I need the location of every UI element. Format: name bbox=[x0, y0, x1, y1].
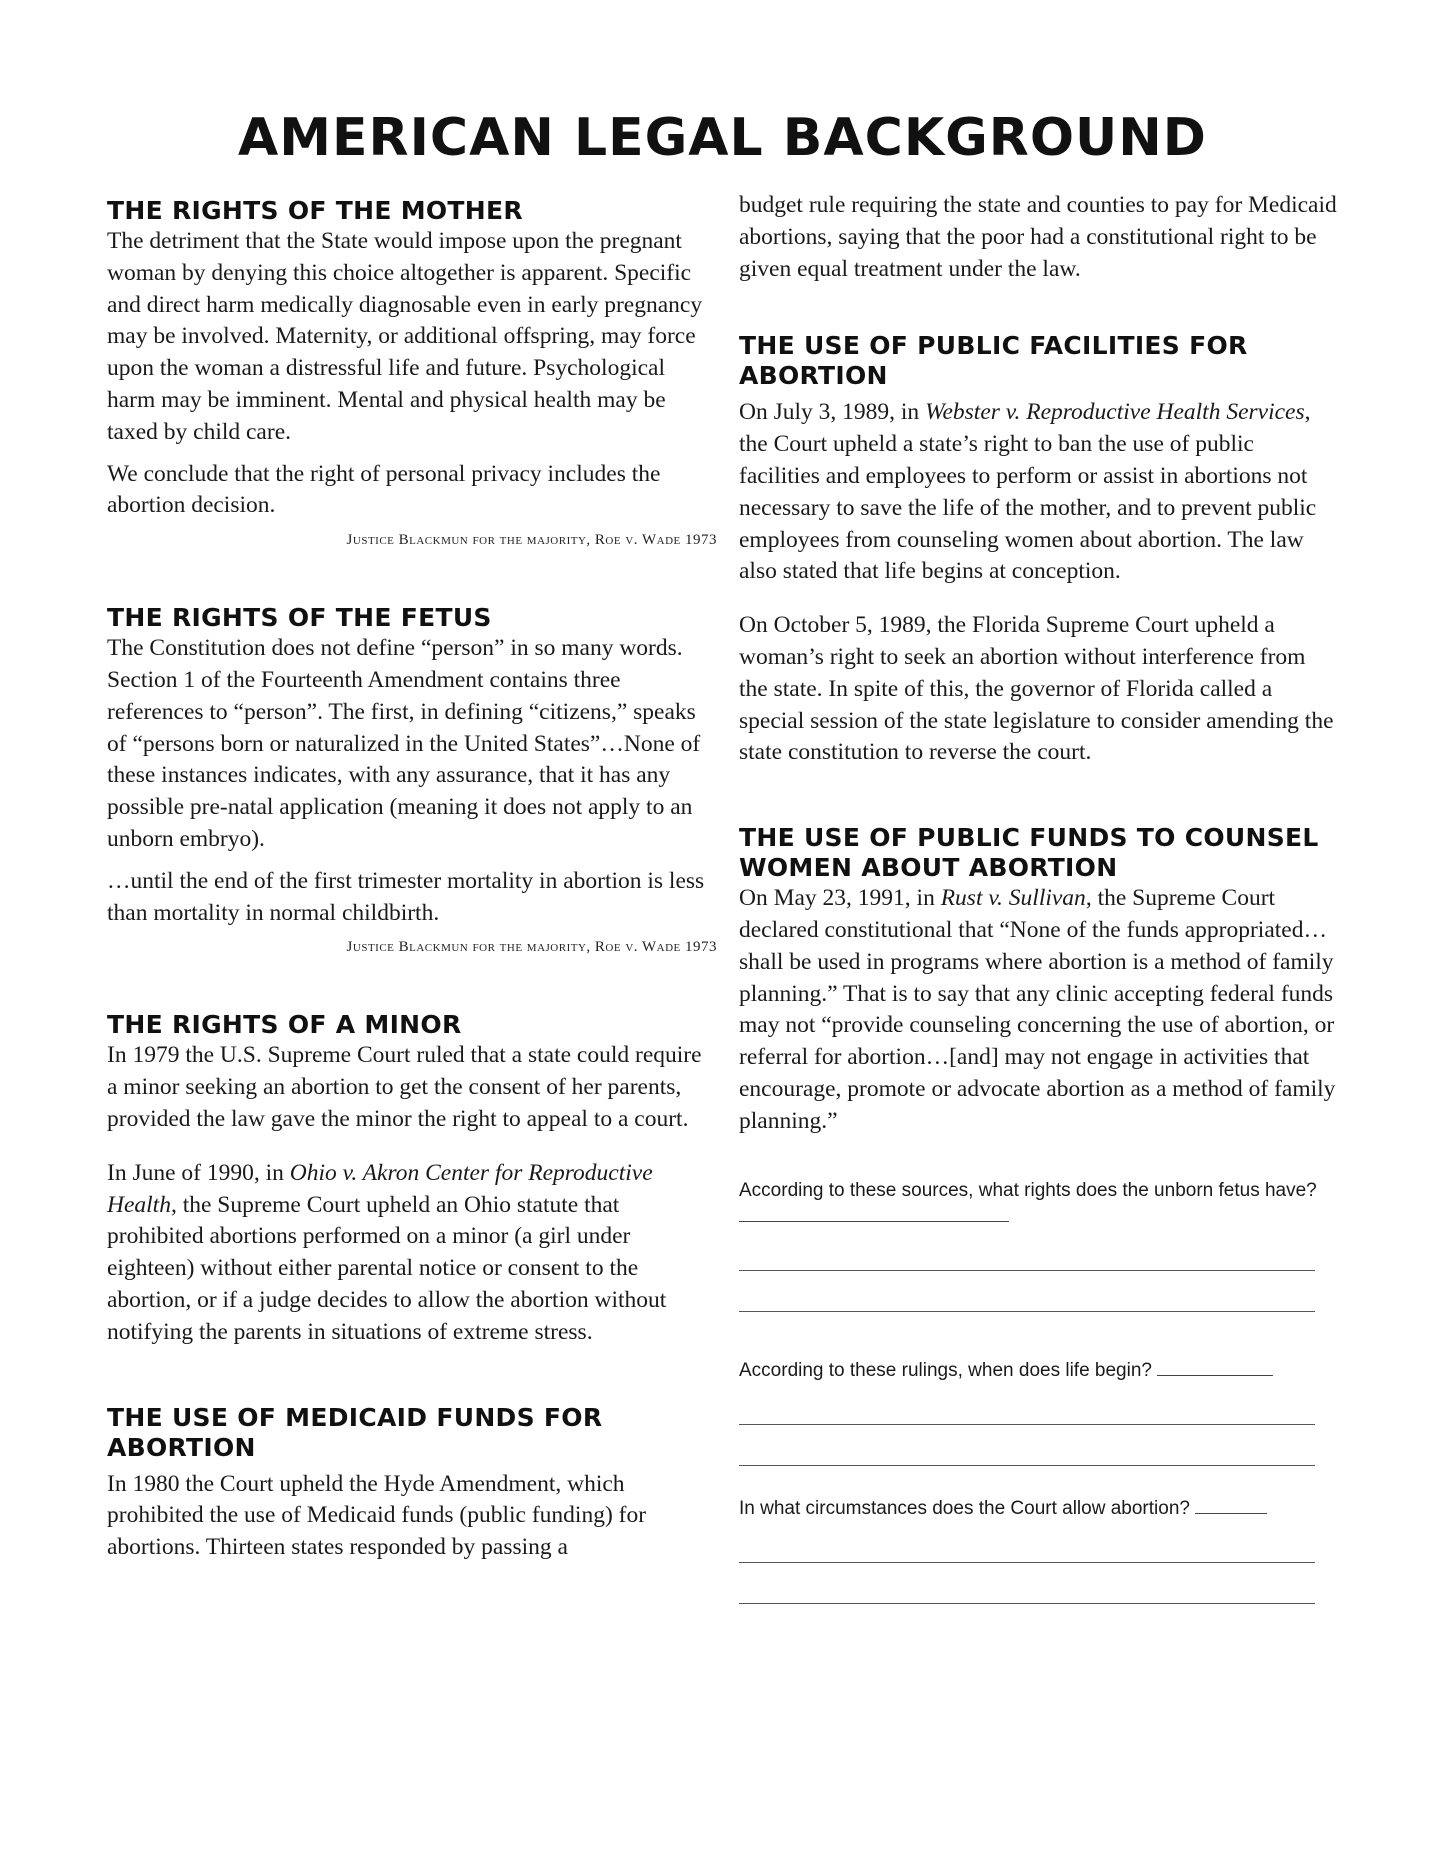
answer-line[interactable] bbox=[739, 1425, 1315, 1466]
text-run: , the Supreme Court upheld an Ohio statu… bbox=[107, 1192, 666, 1345]
section-medicaid-funds: THE USE OF MEDICAID FUNDS FOR ABORTION I… bbox=[107, 1403, 717, 1564]
question-text: According to these rulings, when does li… bbox=[739, 1358, 1339, 1384]
answer-line[interactable] bbox=[739, 1230, 1315, 1271]
section-rights-of-fetus: THE RIGHTS OF THE FETUS The Constitution… bbox=[107, 603, 717, 956]
page-title: AMERICAN LEGAL BACKGROUND bbox=[0, 108, 1445, 168]
paragraph: On May 23, 1991, in Rust v. Sullivan, th… bbox=[739, 883, 1339, 1137]
case-name: Webster v. Reproductive Health Services bbox=[925, 399, 1305, 425]
citation: Justice Blackmun for the majority, Roe v… bbox=[107, 532, 717, 549]
citation: Justice Blackmun for the majority, Roe v… bbox=[107, 939, 717, 956]
section-rights-of-minor: THE RIGHTS OF A MINOR In 1979 the U.S. S… bbox=[107, 1010, 717, 1348]
question-2: According to these rulings, when does li… bbox=[739, 1358, 1339, 1466]
paragraph: The detriment that the State would impos… bbox=[107, 226, 717, 449]
left-column: THE RIGHTS OF THE MOTHER The detriment t… bbox=[107, 196, 717, 1564]
question-label: In what circumstances does the Court all… bbox=[739, 1498, 1190, 1519]
section-heading: THE RIGHTS OF THE MOTHER bbox=[107, 196, 717, 226]
section-medicaid-continued: budget rule requiring the state and coun… bbox=[739, 190, 1339, 285]
section-heading: THE USE OF MEDICAID FUNDS FOR ABORTION bbox=[107, 1403, 717, 1463]
paragraph: In June of 1990, in Ohio v. Akron Center… bbox=[107, 1158, 717, 1349]
text-run: , the Court upheld a state’s right to ba… bbox=[739, 399, 1316, 584]
worksheet-questions: According to these sources, what rights … bbox=[739, 1178, 1339, 1604]
answer-blank[interactable] bbox=[739, 1220, 1009, 1222]
paragraph: We conclude that the right of personal p… bbox=[107, 459, 717, 523]
case-name: Rust v. Sullivan bbox=[941, 885, 1086, 911]
section-heading: THE USE OF PUBLIC FACILITIES FOR ABORTIO… bbox=[739, 331, 1339, 391]
paragraph: On July 3, 1989, in Webster v. Reproduct… bbox=[739, 397, 1339, 588]
paragraph: In 1979 the U.S. Supreme Court ruled tha… bbox=[107, 1040, 717, 1135]
question-text: According to these sources, what rights … bbox=[739, 1178, 1319, 1230]
question-1: According to these sources, what rights … bbox=[739, 1178, 1339, 1312]
section-public-facilities: THE USE OF PUBLIC FACILITIES FOR ABORTIO… bbox=[739, 331, 1339, 769]
section-public-funds-counsel: THE USE OF PUBLIC FUNDS TO COUNSEL WOMEN… bbox=[739, 823, 1339, 1137]
answer-line[interactable] bbox=[739, 1522, 1315, 1563]
question-label: According to these rulings, when does li… bbox=[739, 1360, 1152, 1381]
text-run: , the Supreme Court declared constitutio… bbox=[739, 885, 1335, 1134]
text-run: In June of 1990, in bbox=[107, 1160, 290, 1186]
question-text: In what circumstances does the Court all… bbox=[739, 1496, 1339, 1522]
answer-line[interactable] bbox=[739, 1271, 1315, 1312]
right-column: budget rule requiring the state and coun… bbox=[739, 196, 1339, 1604]
section-rights-of-mother: THE RIGHTS OF THE MOTHER The detriment t… bbox=[107, 196, 717, 549]
paragraph: On October 5, 1989, the Florida Supreme … bbox=[739, 610, 1339, 769]
answer-line[interactable] bbox=[739, 1384, 1315, 1425]
answer-blank[interactable] bbox=[1157, 1374, 1273, 1376]
paragraph: The Constitution does not define “person… bbox=[107, 633, 717, 856]
question-label: According to these sources, what rights … bbox=[739, 1180, 1317, 1201]
answer-line[interactable] bbox=[739, 1563, 1315, 1604]
paragraph: budget rule requiring the state and coun… bbox=[739, 190, 1339, 285]
section-heading: THE RIGHTS OF A MINOR bbox=[107, 1010, 717, 1040]
section-heading: THE USE OF PUBLIC FUNDS TO COUNSEL WOMEN… bbox=[739, 823, 1339, 883]
text-run: On May 23, 1991, in bbox=[739, 885, 941, 911]
question-3: In what circumstances does the Court all… bbox=[739, 1496, 1339, 1604]
paragraph: In 1980 the Court upheld the Hyde Amendm… bbox=[107, 1469, 717, 1564]
text-run: On July 3, 1989, in bbox=[739, 399, 925, 425]
answer-blank[interactable] bbox=[1195, 1512, 1267, 1514]
paragraph: …until the end of the first trimester mo… bbox=[107, 866, 717, 930]
section-heading: THE RIGHTS OF THE FETUS bbox=[107, 603, 717, 633]
